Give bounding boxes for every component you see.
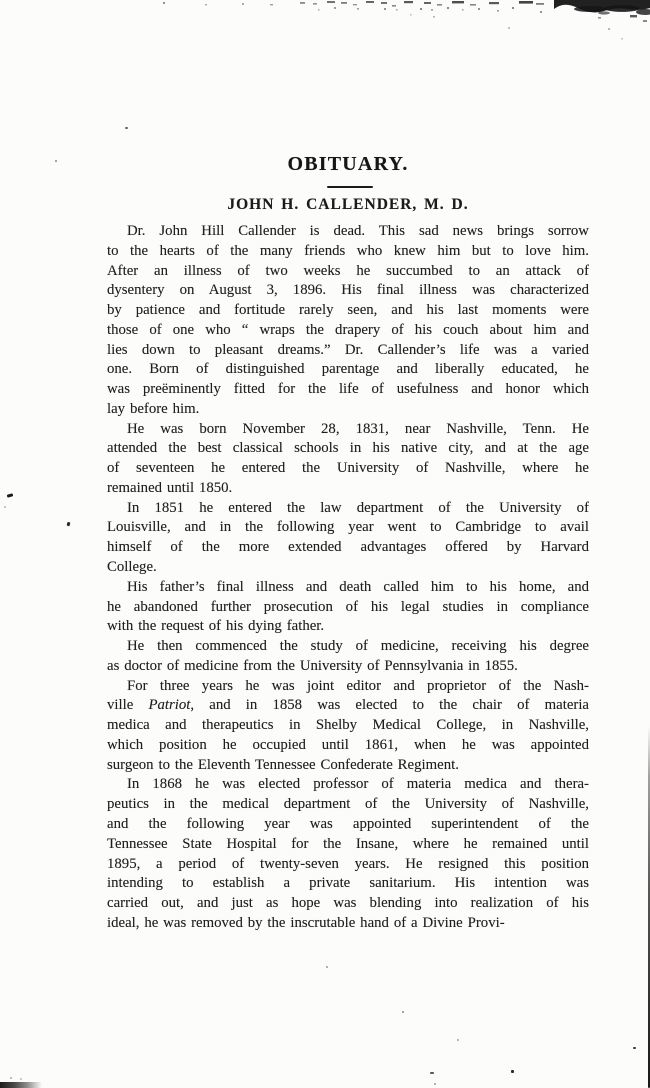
scan-speck xyxy=(457,1039,459,1041)
scan-speck xyxy=(511,1070,514,1073)
scanned-page: OBITUARY. JOHN H. CALLENDER, M. D. Dr. J… xyxy=(0,0,650,1088)
text-line: was preëminently fitted for the life of … xyxy=(107,380,589,400)
scan-speck xyxy=(67,522,70,526)
text-line: which position he occupied until 1861, w… xyxy=(107,736,589,756)
text-line: as doctor of medicine from the Universit… xyxy=(107,657,589,677)
scan-speck xyxy=(430,1072,434,1074)
scan-speck xyxy=(633,1047,636,1049)
scan-speck xyxy=(4,506,6,508)
text-line: remained until 1850. xyxy=(107,479,589,499)
text-line: He then commenced the study of medicine,… xyxy=(107,637,589,657)
text-line: dysentery on August 3, 1896. His final i… xyxy=(107,281,589,301)
scan-speck xyxy=(402,1011,404,1013)
text-line: His father’s final illness and death cal… xyxy=(107,578,589,598)
obituary-name-heading: JOHN H. CALLENDER, M. D. xyxy=(107,196,589,214)
text-line: In 1868 he was elected professor of mate… xyxy=(107,775,589,795)
text-line: lay before him. xyxy=(107,400,589,420)
text-line: attended the best classical schools in h… xyxy=(107,439,589,459)
text-line: ideal, he was removed by the inscrutable… xyxy=(107,914,589,934)
text-line: intending to establish a private sanitar… xyxy=(107,874,589,894)
text-line: lies down to pleasant dreams.” Dr. Calle… xyxy=(107,341,589,361)
text-line: himself of the more extended advantages … xyxy=(107,538,589,558)
text-line: carried out, and just as hope was blendi… xyxy=(107,894,589,914)
italic-text: Patriot xyxy=(148,697,190,713)
text-line: to the hearts of the many friends who kn… xyxy=(107,242,589,262)
text-line: of seventeen he entered the University o… xyxy=(107,459,589,479)
text-segment: ville xyxy=(107,697,148,713)
text-line: medica and therapeutics in Shelby Medica… xyxy=(107,716,589,736)
text-line: In 1851 he entered the law department of… xyxy=(107,499,589,519)
scan-speck xyxy=(125,127,128,129)
title-divider xyxy=(327,186,373,188)
text-line: peutics in the medical department of the… xyxy=(107,795,589,815)
text-line: 1895, a period of twenty-seven years. He… xyxy=(107,855,589,875)
text-line: He was born November 28, 1831, near Nash… xyxy=(107,420,589,440)
text-line: Tennessee State Hospital for the Insane,… xyxy=(107,835,589,855)
scan-edge-line-right xyxy=(648,726,650,1088)
scan-speck xyxy=(434,1083,436,1085)
text-line: Dr. John Hill Callender is dead. This sa… xyxy=(107,222,589,242)
obituary-body: Dr. John Hill Callender is dead. This sa… xyxy=(107,222,589,934)
text-line: ville Patriot, and in 1858 was elected t… xyxy=(107,696,589,716)
text-line: College. xyxy=(107,558,589,578)
text-line: those of one who “ wraps the drapery of … xyxy=(107,321,589,341)
scan-speck xyxy=(7,493,14,497)
text-line: by patience and fortitude rarely seen, a… xyxy=(107,301,589,321)
text-line: with the request of his dying father. xyxy=(107,617,589,637)
scan-speck xyxy=(55,160,57,162)
text-line: For three years he was joint editor and … xyxy=(107,677,589,697)
text-line: and the following year was appointed sup… xyxy=(107,815,589,835)
page-title: OBITUARY. xyxy=(107,153,589,176)
text-line: After an illness of two weeks he succumb… xyxy=(107,262,589,282)
scan-speck xyxy=(20,1078,22,1080)
text-line: one. Born of distinguished parentage and… xyxy=(107,360,589,380)
text-line: surgeon to the Eleventh Tennessee Confed… xyxy=(107,756,589,776)
text-segment: , and in 1858 was elected to the chair o… xyxy=(190,697,589,713)
scan-speck xyxy=(10,1077,12,1079)
scan-smudge-bottom-left xyxy=(0,1082,42,1088)
text-line: he abandoned further prosecution of his … xyxy=(107,598,589,618)
text-line: Louisville, and in the following year we… xyxy=(107,518,589,538)
scan-noise-top xyxy=(0,0,650,44)
scan-speck xyxy=(326,966,328,968)
